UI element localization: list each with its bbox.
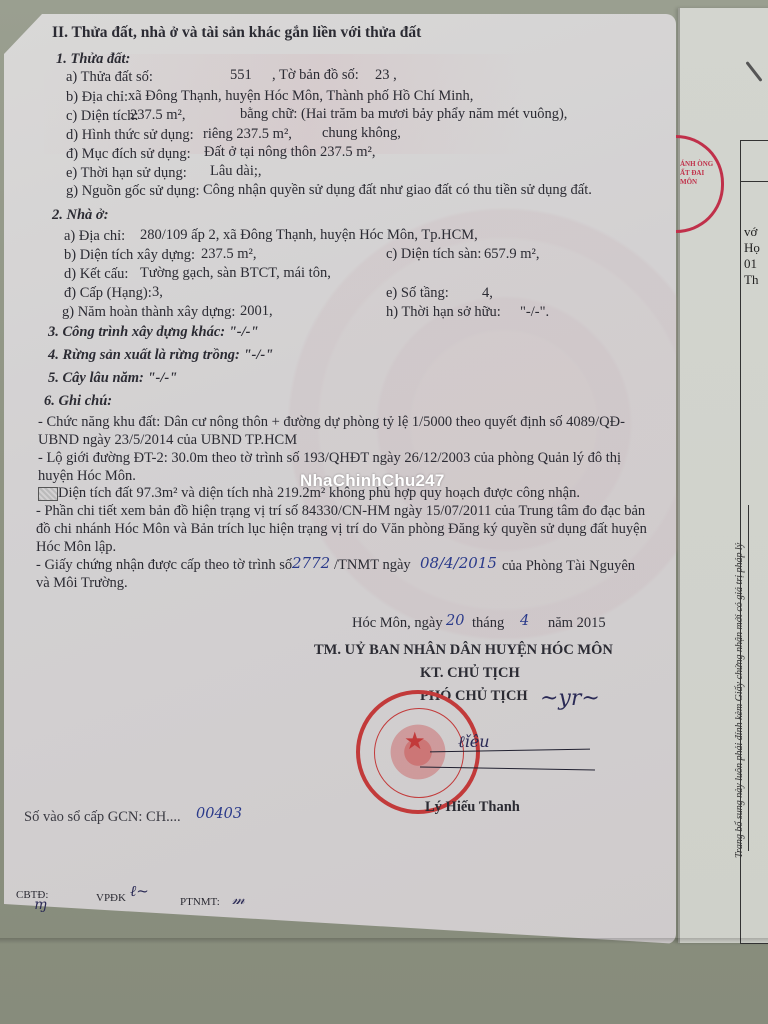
star-icon: ★ — [404, 730, 426, 754]
origin-label: g) Nguồn gốc sử dụng: — [66, 182, 200, 200]
signature-scribble-2: ℓǐêu — [458, 732, 490, 752]
signer-name: Lý Hiếu Thanh — [425, 798, 520, 816]
fragment-text: Th — [744, 272, 758, 288]
year-value: 2001, — [240, 302, 273, 320]
handwritten-submission-no: 2772 — [292, 554, 330, 572]
note-line: /TNMT ngày — [334, 556, 411, 574]
floors-value: 4, — [482, 284, 493, 302]
year-label: g) Năm hoàn thành xây dựng: — [62, 303, 235, 321]
initials-vpdk: VPĐK — [96, 889, 126, 907]
handwritten-day: 20 — [446, 612, 464, 630]
grade-value: 3, — [152, 283, 163, 301]
house-heading: 2. Nhà ở: — [52, 206, 109, 224]
area-words: bằng chữ: (Hai trăm ba mươi bảy phẩy năm… — [240, 105, 567, 123]
note-line: đồ chi nhánh Hóc Môn và Bản trích lục hi… — [36, 520, 647, 538]
grade-label: đ) Cấp (Hạng): — [64, 284, 152, 302]
built-area-label: b) Diện tích xây dựng: — [64, 246, 195, 264]
perennial-heading: 5. Cây lâu năm: "-/-" — [48, 369, 177, 387]
note-line: - Phần chi tiết xem bản đồ hiện trạng vị… — [36, 502, 645, 520]
usage-form-label: d) Hình thức sử dụng: — [66, 126, 194, 144]
purpose-label: đ) Mục đích sử dụng: — [66, 145, 191, 163]
note-line: - Lộ giới đường ĐT-2: 30.0m theo tờ trìn… — [38, 449, 621, 467]
registry-number: 00403 — [196, 805, 242, 823]
floor-area-value: 657.9 m², — [484, 245, 540, 263]
place-date-prefix: Hóc Môn, ngày — [352, 614, 443, 632]
floors-label: e) Số tầng: — [386, 284, 449, 302]
authority-title: TM. UỶ BAN NHÂN DÂN HUYỆN HÓC MÔN — [314, 641, 613, 659]
map-sheet-label: , Tờ bản đồ số: — [272, 66, 359, 84]
fragment-text: 01 — [744, 256, 757, 272]
term-value: Lâu dài;, — [210, 162, 262, 180]
note-line: và Môi Trường. — [36, 574, 128, 592]
purpose-value: Đất ở tại nông thôn 237.5 m², — [204, 143, 376, 161]
house-address-value: 280/109 ấp 2, xã Đông Thạnh, huyện Hóc M… — [140, 226, 478, 244]
parcel-number: 551 — [230, 66, 252, 84]
note-line: huyện Hóc Môn. — [38, 467, 136, 485]
role-chairman: KT. CHỦ TỊCH — [420, 664, 520, 682]
month-label: tháng — [472, 614, 504, 632]
usage-private: riêng 237.5 m², — [203, 125, 292, 143]
ownership-term-label: h) Thời hạn sở hữu: — [386, 303, 501, 321]
structure-label: d) Kết cấu: — [64, 265, 128, 283]
notes-heading: 6. Ghi chú: — [44, 392, 112, 410]
signature-scribble-1: ~yr~ — [540, 686, 600, 711]
staple-icon — [745, 61, 762, 82]
ptnmt-initial-scribble: 𝓂 — [232, 890, 245, 908]
note-line: - Giấy chứng nhận được cấp theo tờ trình… — [36, 556, 292, 574]
other-constructions: 3. Công trình xây dựng khác: "-/-" — [48, 323, 259, 341]
fragment-text: Họ — [744, 240, 760, 256]
term-label: e) Thời hạn sử dụng: — [66, 164, 187, 182]
section-title: II. Thửa đất, nhà ở và tài sản khác gắn … — [52, 24, 421, 42]
vertical-divider — [748, 505, 749, 851]
ownership-term-value: "-/-". — [520, 303, 549, 321]
vpdk-initial-scribble: ℓ~ — [130, 882, 149, 901]
cbtd-initial-scribble: ɱ — [34, 897, 47, 913]
usage-shared: chung không, — [322, 124, 401, 142]
official-red-seal: ★ — [356, 690, 480, 814]
parcel-label: a) Thửa đất số: — [66, 68, 153, 86]
area-label: c) Diện tích: — [66, 107, 138, 125]
registry-label: Số vào sổ cấp GCN: CH.... — [24, 808, 181, 826]
note-line: Hóc Môn lập. — [36, 538, 116, 556]
fragment-text: vớ — [744, 224, 757, 240]
area-value: 237.5 m², — [130, 106, 186, 124]
floor-area-label: c) Diện tích sàn: — [386, 245, 481, 263]
forest-heading: 4. Rừng sản xuất là rừng trồng: "-/-" — [48, 346, 273, 364]
note-line: của Phòng Tài Nguyên — [502, 557, 635, 575]
watermark-text: NhaChinhChu247 — [300, 471, 444, 491]
land-address-label: b) Địa chỉ: — [66, 88, 128, 106]
initials-ptnmt: PTNMT: — [180, 893, 220, 911]
land-heading: 1. Thửa đất: — [56, 50, 130, 68]
stamp-box-icon — [38, 487, 58, 501]
house-address-label: a) Địa chỉ: — [64, 227, 125, 245]
handwritten-month: 4 — [520, 612, 529, 630]
year-label: năm 2015 — [548, 614, 606, 632]
note-line: UBND ngày 23/5/2014 của UBND TP.HCM — [38, 431, 297, 449]
land-address-value: xã Đông Thạnh, huyện Hóc Môn, Thành phố … — [128, 87, 473, 105]
map-sheet-number: 23 , — [375, 66, 397, 84]
vertical-legal-note: Trang bổ sung này luôn phải đính kèm Giấ… — [734, 510, 745, 858]
note-line: - Chức năng khu đất: Dân cư nông thôn + … — [38, 413, 625, 431]
origin-value: Công nhận quyền sử dụng đất như giao đất… — [203, 181, 592, 199]
built-area-value: 237.5 m², — [201, 245, 257, 263]
structure-value: Tường gạch, sàn BTCT, mái tôn, — [140, 264, 331, 282]
handwritten-date: 08/4/2015 — [420, 554, 497, 572]
